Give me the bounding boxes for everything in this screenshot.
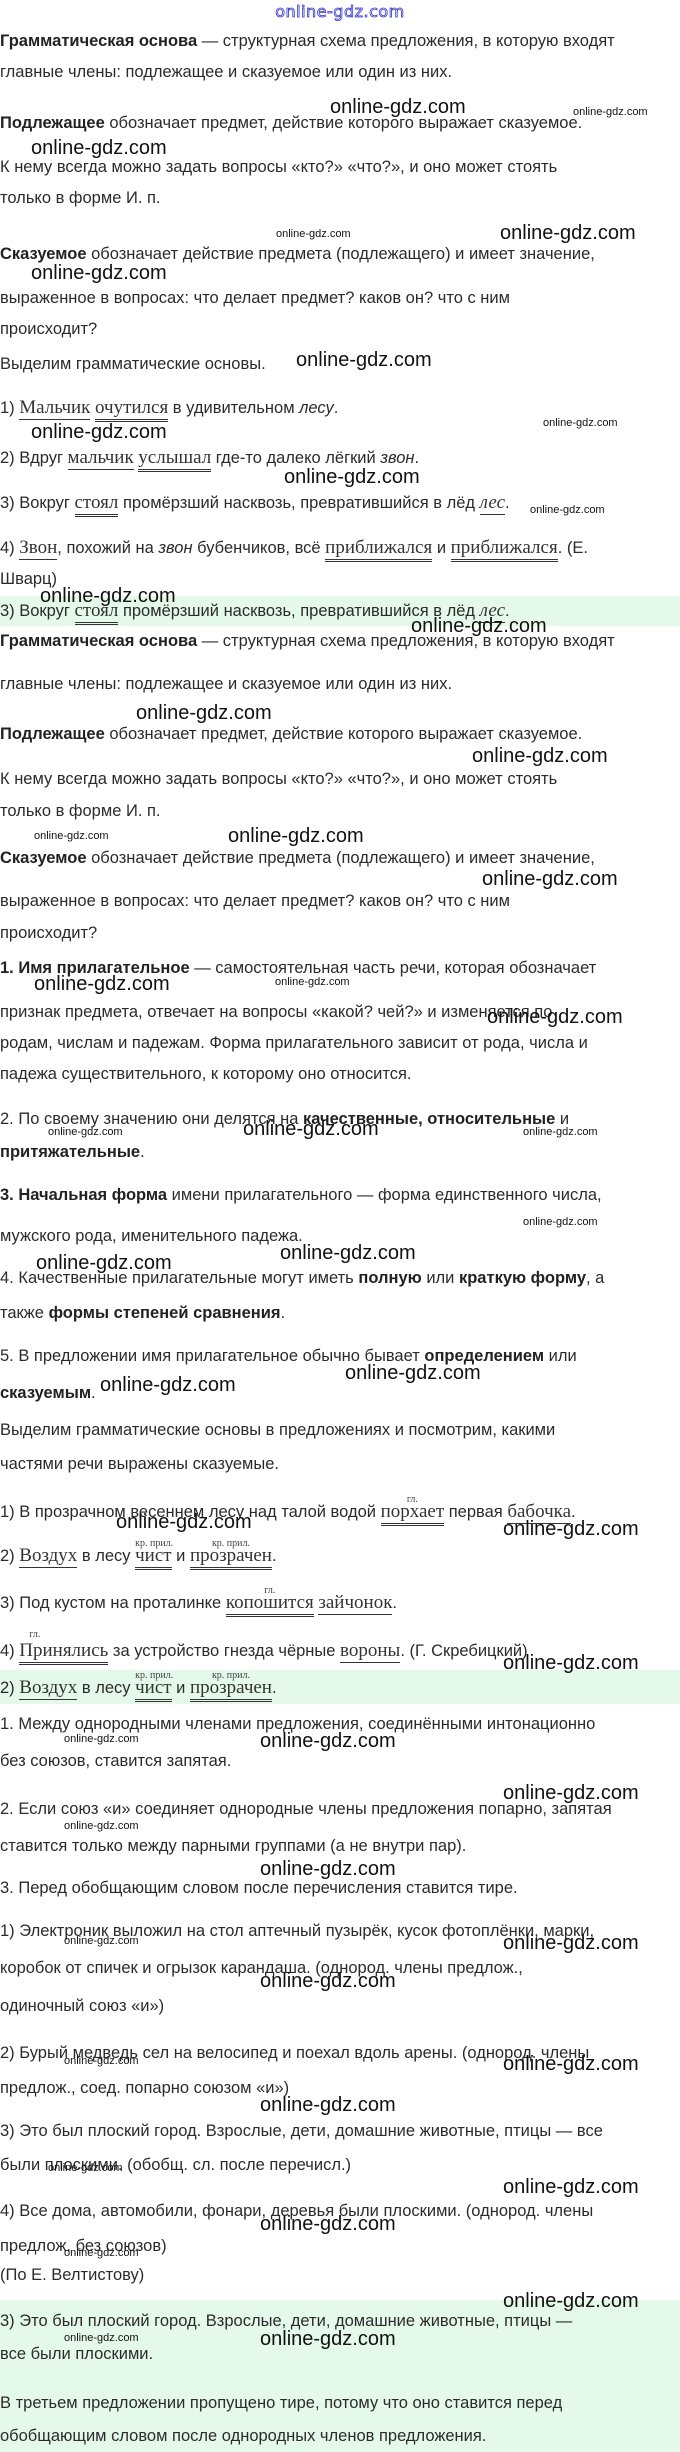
- subject: зайчонок: [318, 1592, 392, 1615]
- watermark: online-gdz.com: [64, 1733, 139, 1745]
- watermark: online-gdz.com: [523, 1216, 598, 1228]
- subject: Воздух: [19, 1677, 77, 1700]
- text-line: происходит?: [0, 318, 97, 340]
- watermark: online-gdz.com: [482, 868, 618, 891]
- text-line: признак предмета, отвечает на вопросы «к…: [0, 1001, 552, 1023]
- answer-line-2: все были плоскими.: [0, 2343, 153, 2365]
- watermark: online-gdz.com: [64, 2247, 139, 2259]
- watermark: online-gdz.com: [34, 830, 109, 842]
- punct-rule-3: 3. Перед обобщающим словом после перечис…: [0, 1877, 518, 1899]
- watermark: online-gdz.com: [573, 106, 648, 118]
- watermark: online-gdz.com: [472, 745, 608, 768]
- text-line: без союзов, ставится запятая.: [0, 1750, 231, 1772]
- watermark: online-gdz.com: [31, 137, 167, 160]
- predicate: приближался: [451, 537, 558, 562]
- watermark: online-gdz.com: [487, 1006, 623, 1029]
- watermark: online-gdz.com: [100, 1374, 236, 1397]
- text-line: главные члены: подлежащее и сказуемое ил…: [0, 61, 452, 83]
- watermark: online-gdz.com: [523, 1126, 598, 1138]
- watermark: online-gdz.com: [243, 1118, 379, 1141]
- watermark: online-gdz.com: [64, 2055, 139, 2067]
- watermark: online-gdz.com: [296, 349, 432, 372]
- sentence-1: 1) Мальчик очутился в удивительном лесу.: [0, 397, 338, 419]
- text-line: выраженное в вопросах: что делает предме…: [0, 287, 510, 309]
- watermark: online-gdz.com: [275, 976, 350, 988]
- predicate: очутился: [95, 397, 168, 422]
- watermark: online-gdz.com: [345, 1362, 481, 1385]
- watermark: online-gdz.com: [260, 1858, 396, 1881]
- example-3: 3) Это был плоский город. Взрослые, дети…: [0, 2120, 603, 2142]
- watermark: online-gdz.com: [503, 1652, 639, 1675]
- watermark: online-gdz.com: [260, 1970, 396, 1993]
- watermark: online-gdz.com: [116, 1511, 252, 1534]
- subject: Звон: [19, 537, 57, 560]
- source-attribution: (По Е. Велтистову): [0, 2264, 144, 2286]
- text-line: выраженное в вопросах: что делает предме…: [0, 890, 510, 912]
- sentence-2-2: 2) Воздух в лесу кр. прил.чист и кр. при…: [0, 1545, 277, 1567]
- text-line: только в форме И. п.: [0, 187, 161, 209]
- watermark: online-gdz.com: [276, 228, 351, 240]
- watermark: online-gdz.com: [260, 2213, 396, 2236]
- watermark: online-gdz.com: [48, 1126, 123, 1138]
- watermark: online-gdz.com: [136, 702, 272, 725]
- watermark: online-gdz.com: [31, 262, 167, 285]
- text-line: родам, числам и падежам. Форма прилагате…: [0, 1032, 588, 1054]
- watermark: online-gdz.com: [36, 1252, 172, 1275]
- text-line: частями речи выражены сказуемые.: [0, 1453, 279, 1475]
- watermark: online-gdz.com: [503, 2176, 639, 2199]
- adj-rule-3: 3. Начальная форма имени прилагательного…: [0, 1184, 602, 1206]
- watermark: online-gdz.com: [34, 973, 170, 996]
- text-line: мужского рода, именительного падежа.: [0, 1225, 303, 1247]
- predicate: услышал: [138, 447, 211, 472]
- watermark: online-gdz.com: [228, 825, 364, 848]
- watermark: online-gdz.com: [31, 421, 167, 444]
- text-line: также формы степеней сравнения.: [0, 1302, 285, 1324]
- task-intro: Выделим грамматические основы.: [0, 353, 266, 375]
- sentence-2-3: 3) Под кустом на проталинке гл.копошится…: [0, 1592, 397, 1614]
- watermark: online-gdz.com: [260, 2094, 396, 2117]
- text-line: падежа существительного, к которому оно …: [0, 1063, 412, 1085]
- watermark: online-gdz.com: [503, 2290, 639, 2313]
- explanation-line-2: обобщающим словом после однородных члено…: [0, 2425, 486, 2447]
- watermark: online-gdz.com: [503, 1782, 639, 1805]
- watermark: online-gdz.com: [260, 1730, 396, 1753]
- watermark: online-gdz.com: [543, 417, 618, 429]
- watermark: online-gdz.com: [280, 1242, 416, 1265]
- text-line: только в форме И. п.: [0, 800, 161, 822]
- watermark: online-gdz.com: [411, 615, 547, 638]
- subject: мальчик: [68, 447, 134, 470]
- watermark: online-gdz.com: [48, 2162, 123, 2174]
- text-line: происходит?: [0, 922, 97, 944]
- watermark: online-gdz.com: [503, 1932, 639, 1955]
- subject: вороны: [340, 1640, 400, 1663]
- text-line: ставится только между парными группами (…: [0, 1835, 466, 1857]
- subject: Воздух: [19, 1545, 77, 1568]
- task-intro: Выделим грамматические основы в предложе…: [0, 1419, 555, 1441]
- watermark: online-gdz.com: [503, 1518, 639, 1541]
- watermark: online-gdz.com: [64, 1820, 139, 1832]
- text-line: одиночный союз «и»): [0, 1995, 164, 2017]
- text-line: предлож., соед. попарно союзом «и»): [0, 2077, 289, 2099]
- definition-subject-2: Подлежащее обозначает предмет, действие …: [0, 723, 582, 745]
- site-logo[interactable]: online-gdz.com: [0, 2, 680, 21]
- definition-predicate-2: Сказуемое обозначает действие предмета (…: [0, 847, 595, 869]
- predicate: приближался: [325, 537, 432, 562]
- subject: лес: [480, 492, 505, 515]
- sentence-2-4: 4) гл.Принялись за устройство гнезда чёр…: [0, 1640, 528, 1662]
- watermark: online-gdz.com: [64, 1935, 139, 1947]
- sentence-4: 4) Звон, похожий на звон бубенчиков, всё…: [0, 537, 588, 559]
- watermark: online-gdz.com: [500, 222, 636, 245]
- watermark: online-gdz.com: [284, 466, 420, 489]
- sentence-3: 3) Вокруг стоял промёрзший насквозь, пре…: [0, 492, 510, 514]
- answer-sentence-2: 2) Воздух в лесу кр. прил.чист и кр. при…: [0, 1677, 277, 1699]
- watermark: online-gdz.com: [530, 504, 605, 516]
- predicate: стоял: [75, 492, 119, 517]
- watermark: online-gdz.com: [330, 96, 466, 119]
- watermark: online-gdz.com: [64, 2332, 139, 2344]
- adj-rule-5: 5. В предложении имя прилагательное обыч…: [0, 1345, 577, 1367]
- subject: Мальчик: [19, 397, 90, 420]
- text-line: главные члены: подлежащее и сказуемое ил…: [0, 673, 452, 695]
- explanation-line-1: В третьем предложении пропущено тире, по…: [0, 2392, 562, 2414]
- watermark: online-gdz.com: [260, 2328, 396, 2351]
- sentence-2-1: 1) В прозрачном весеннем лесу над талой …: [0, 1501, 576, 1523]
- text-line: сказуемым.: [0, 1382, 96, 1404]
- text-line: К нему всегда можно задать вопросы «кто?…: [0, 768, 557, 790]
- text-line: притяжательные.: [0, 1141, 145, 1163]
- definition-subject: Подлежащее обозначает предмет, действие …: [0, 112, 582, 134]
- watermark: online-gdz.com: [503, 2053, 639, 2076]
- watermark: online-gdz.com: [40, 585, 176, 608]
- definition-grammar-base: Грамматическая основа — структурная схем…: [0, 30, 615, 52]
